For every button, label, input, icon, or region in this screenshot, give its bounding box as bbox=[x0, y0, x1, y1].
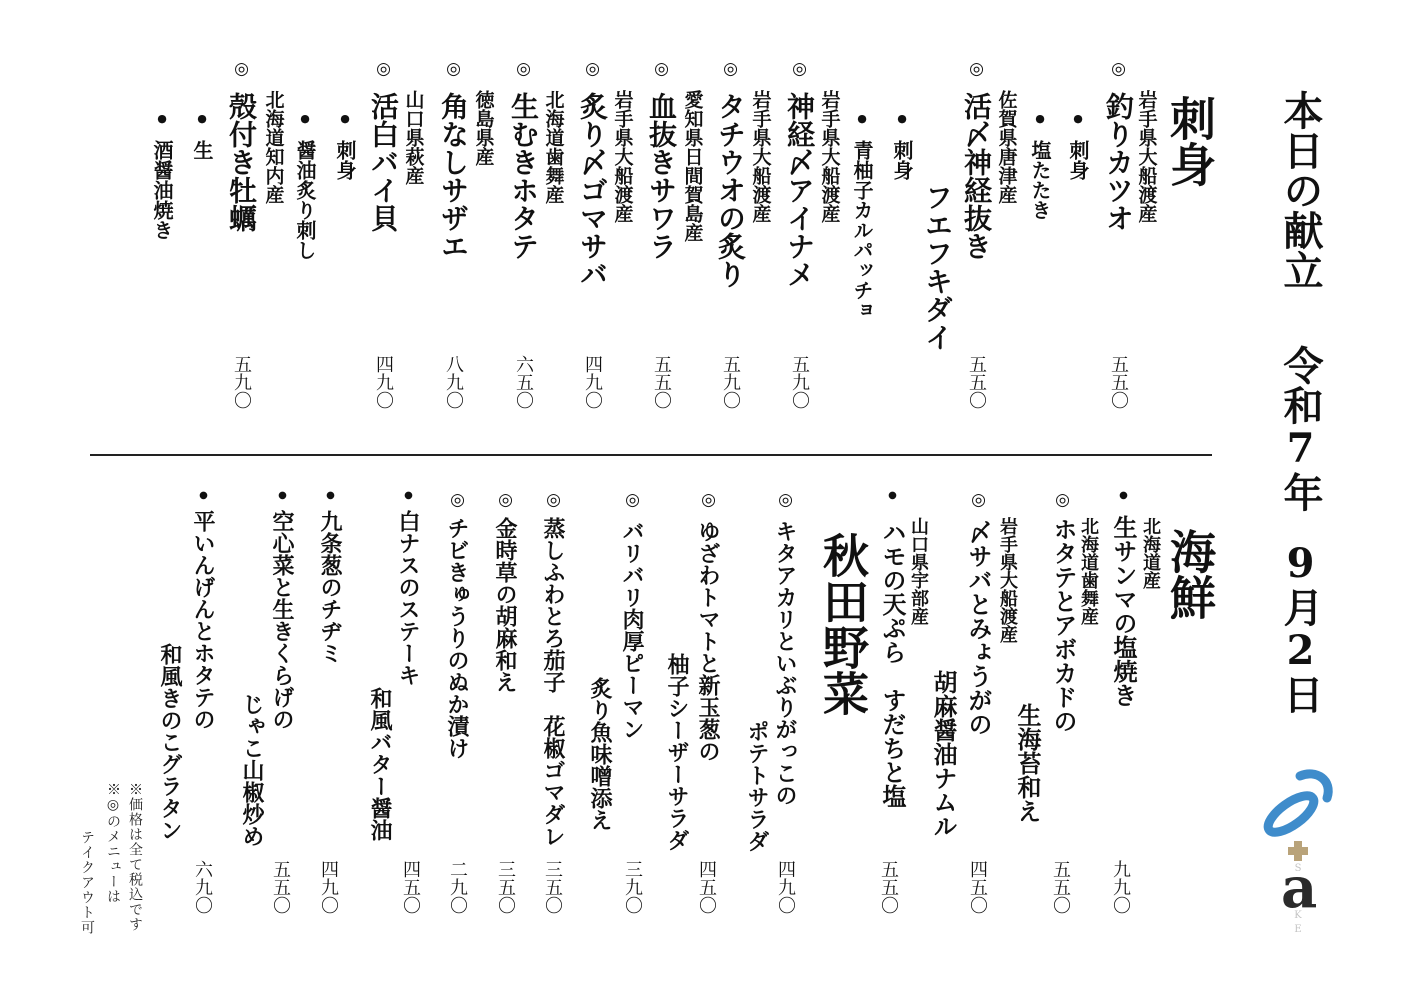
item-origin: 佐賀県唐津産 bbox=[997, 90, 1016, 204]
item-name: タチウオの炙り bbox=[716, 92, 744, 288]
item-name-line2: ポテトサラダ bbox=[746, 720, 768, 852]
item-option: 醤油炙り刺し bbox=[295, 140, 315, 260]
logo-letter-k: K bbox=[1293, 911, 1303, 921]
footnote-takeout: ※◎のメニューは bbox=[106, 782, 120, 904]
item-origin: 北海道知内産 bbox=[264, 90, 283, 204]
double-circle-icon: ◎ bbox=[584, 59, 601, 79]
bullet-icon: ● bbox=[340, 112, 351, 125]
item-name: 角なしサザエ bbox=[439, 92, 467, 260]
item-origin: 山口県宇部産 bbox=[909, 517, 927, 625]
item-price: 五九〇 bbox=[790, 355, 808, 409]
item-price: 二九〇 bbox=[448, 860, 466, 914]
bullet-icon: ● bbox=[887, 490, 897, 501]
double-circle-icon: ◎ bbox=[624, 490, 641, 510]
item-price: 八九〇 bbox=[444, 355, 462, 409]
item-name-line2: 生海苔和え bbox=[1015, 703, 1039, 823]
footnote-tax: ※価格は全て税込です bbox=[128, 782, 142, 932]
item-name: 活白バイ貝 bbox=[369, 92, 397, 232]
item-price: 四九〇 bbox=[319, 860, 337, 914]
item-price: 五九〇 bbox=[232, 355, 250, 409]
double-circle-icon: ◎ bbox=[445, 59, 462, 79]
bullet-icon: ● bbox=[325, 490, 335, 501]
item-name: 九条葱のチヂミ bbox=[319, 510, 341, 664]
item-name: 神経〆アイナメ bbox=[785, 92, 813, 288]
item-origin: 岩手県大船渡産 bbox=[1137, 90, 1156, 223]
item-price: 五五〇 bbox=[1051, 860, 1069, 914]
item-name: 生むきホタテ bbox=[509, 92, 537, 260]
item-option: 生 bbox=[192, 140, 212, 160]
item-origin: 岩手県大船渡産 bbox=[613, 90, 632, 223]
menu-page: 本日の献立 令和7年 9月2日 刺身 ◎ 岩手県大船渡産 釣りカツオ 五五〇 ●… bbox=[0, 0, 1416, 1002]
item-price: 六九〇 bbox=[193, 860, 211, 914]
item-name: キタアカリといぶりがっこの bbox=[774, 520, 796, 806]
item-price: 五五〇 bbox=[271, 860, 289, 914]
item-price: 六五〇 bbox=[514, 355, 532, 409]
bullet-icon: ● bbox=[1073, 112, 1084, 125]
item-name-line2: フエフキダイ bbox=[923, 183, 951, 351]
item-name: 炙り〆ゴマサバ bbox=[578, 92, 606, 288]
item-price: 五五〇 bbox=[879, 860, 897, 914]
item-name: バリバリ肉厚ピーマン bbox=[621, 520, 643, 740]
item-price: 四九〇 bbox=[374, 355, 392, 409]
bullet-icon: ● bbox=[197, 112, 208, 125]
section-header-seafood: 海鮮 bbox=[1167, 528, 1213, 620]
item-name: 金時草の胡麻和え bbox=[494, 517, 516, 693]
double-circle-icon: ◎ bbox=[1054, 490, 1071, 510]
menu-date: 9月2日 bbox=[1280, 540, 1320, 714]
double-circle-icon: ◎ bbox=[233, 59, 250, 79]
logo-fish-icon bbox=[1260, 768, 1336, 840]
logo-letter-e: E bbox=[1293, 925, 1303, 935]
bullet-icon: ● bbox=[300, 112, 311, 125]
item-name: 白ナスのステーキ bbox=[397, 510, 419, 686]
item-name: 活〆神経抜き bbox=[962, 92, 990, 260]
item-name: 釣りカツオ bbox=[1104, 92, 1132, 232]
item-option: 青柚子カルパッチョ bbox=[852, 140, 872, 320]
item-name-line2: 柚子シーザーサラダ bbox=[666, 653, 688, 851]
footnote-takeout-2: テイクアウト可 bbox=[80, 830, 94, 935]
bullet-icon: ● bbox=[897, 112, 908, 125]
item-origin: 北海道歯舞産 bbox=[544, 90, 563, 204]
item-price: 五五〇 bbox=[652, 355, 670, 409]
item-origin: 岩手県大船渡産 bbox=[751, 90, 770, 223]
item-price: 四五〇 bbox=[401, 860, 419, 914]
double-circle-icon: ◎ bbox=[449, 490, 466, 510]
bullet-icon: ● bbox=[157, 112, 168, 125]
bullet-icon: ● bbox=[403, 490, 413, 501]
item-option: 塩たたき bbox=[1030, 140, 1050, 220]
item-price: 五五〇 bbox=[967, 355, 985, 409]
double-circle-icon: ◎ bbox=[722, 59, 739, 79]
item-name-line2: 和風バター醤油 bbox=[369, 687, 391, 841]
section-header-akita-vegetables: 秋田野菜 bbox=[820, 532, 866, 716]
item-name: 平いんげんとホタテの bbox=[192, 510, 214, 730]
item-name: チビきゅうりのぬか漬け bbox=[446, 517, 468, 759]
item-name-line2: 和風きのこグラタン bbox=[159, 643, 181, 841]
item-price: 四五〇 bbox=[697, 860, 715, 914]
item-name: 〆サバとみょうがの bbox=[966, 520, 990, 736]
menu-date-era: 令和7年 bbox=[1280, 345, 1320, 512]
item-price: 四九〇 bbox=[583, 355, 601, 409]
double-circle-icon: ◎ bbox=[700, 490, 717, 510]
logo-letter-a: a bbox=[1281, 860, 1317, 916]
item-option: 刺身 bbox=[892, 140, 912, 180]
item-origin: 徳島県産 bbox=[474, 90, 493, 166]
item-price: 三五〇 bbox=[496, 860, 514, 914]
bullet-icon: ● bbox=[1118, 490, 1128, 501]
double-circle-icon: ◎ bbox=[970, 490, 987, 510]
item-price: 九九〇 bbox=[1111, 860, 1129, 914]
item-name: ゆざわトマトと新玉葱の bbox=[697, 520, 719, 762]
item-name-line2: じゃこ山椒炒め bbox=[241, 693, 263, 847]
section-divider bbox=[90, 454, 1212, 456]
double-circle-icon: ◎ bbox=[653, 59, 670, 79]
bullet-icon: ● bbox=[277, 490, 287, 501]
double-circle-icon: ◎ bbox=[791, 59, 808, 79]
item-name: 血抜きサワラ bbox=[647, 92, 675, 260]
item-option: 刺身 bbox=[335, 140, 355, 180]
item-price: 三九〇 bbox=[623, 860, 641, 914]
item-name: 生サンマの塩焼き bbox=[1111, 515, 1135, 707]
item-price: 四九〇 bbox=[776, 860, 794, 914]
item-origin: 北海道歯舞産 bbox=[1079, 517, 1097, 625]
item-name: ハモの天ぷら すだちと塩 bbox=[880, 520, 904, 808]
item-name: ホタテとアボカドの bbox=[1051, 517, 1075, 733]
bullet-icon: ● bbox=[1035, 112, 1046, 125]
menu-title: 本日の献立 bbox=[1280, 90, 1320, 290]
item-name-line2: 炙り魚味噌添え bbox=[589, 677, 611, 831]
double-circle-icon: ◎ bbox=[497, 490, 514, 510]
item-origin: 岩手県大船渡産 bbox=[820, 90, 839, 223]
double-circle-icon: ◎ bbox=[968, 59, 985, 79]
item-origin: 山口県萩産 bbox=[404, 90, 423, 185]
item-origin: 愛知県日間賀島産 bbox=[683, 90, 702, 242]
item-price: 五五〇 bbox=[1109, 355, 1127, 409]
double-circle-icon: ◎ bbox=[515, 59, 532, 79]
item-name: 殻付き牡蠣 bbox=[227, 92, 255, 232]
double-circle-icon: ◎ bbox=[777, 490, 794, 510]
double-circle-icon: ◎ bbox=[375, 59, 392, 79]
item-origin: 岩手県大船渡産 bbox=[998, 517, 1016, 643]
double-circle-icon: ◎ bbox=[545, 490, 562, 510]
item-name: 蒸しふわとろ茄子 花椒ゴマダレ bbox=[542, 517, 564, 847]
item-option: 刺身 bbox=[1068, 140, 1088, 180]
item-name-line2: 胡麻醤油ナムル bbox=[931, 670, 955, 838]
bullet-icon: ● bbox=[198, 490, 208, 501]
item-price: 四五〇 bbox=[968, 860, 986, 914]
item-option: 酒醤油焼き bbox=[152, 140, 172, 240]
section-header-sashimi: 刺身 bbox=[1167, 95, 1213, 187]
item-name: 空心菜と生きくらげの bbox=[271, 510, 293, 730]
item-price: 五九〇 bbox=[721, 355, 739, 409]
bullet-icon: ● bbox=[857, 112, 868, 125]
item-price: 三五〇 bbox=[543, 860, 561, 914]
double-circle-icon: ◎ bbox=[1110, 59, 1127, 79]
item-origin: 北海道産 bbox=[1141, 517, 1159, 589]
